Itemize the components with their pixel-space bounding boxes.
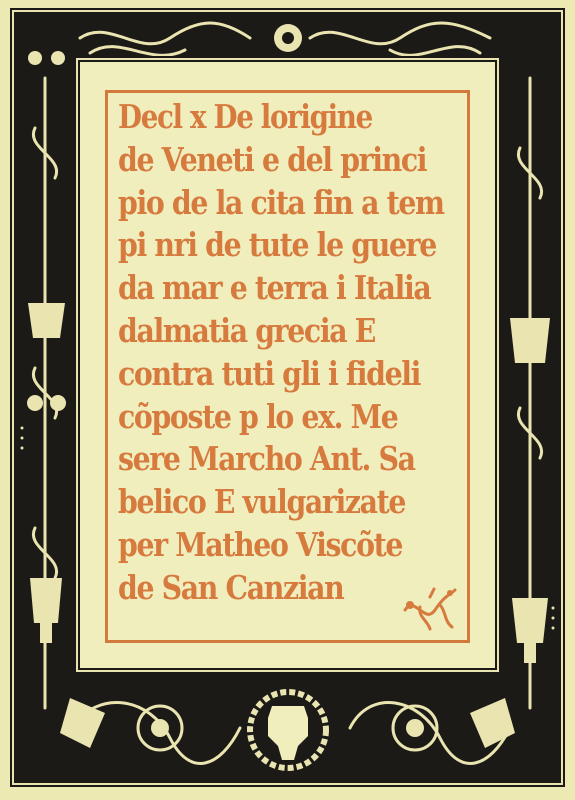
title-text: Decl x De lorigine de Veneti e del princ… (118, 96, 468, 610)
title-line-7: contra tuti gli i fideli (118, 353, 419, 396)
title-line-8: cõposte p lo ex. Me (118, 396, 419, 439)
title-line-12: de San Canzian (118, 567, 419, 610)
title-line-6: dalmatia grecia E (118, 310, 419, 353)
title-page: Decl x De lorigine de Veneti e del princ… (0, 0, 575, 800)
title-line-5: da mar e terra i Italia (118, 267, 419, 310)
vine-flourish-icon (400, 585, 460, 635)
title-line-3: pio de la cita fin a tem (118, 182, 419, 225)
title-line-2: de Veneti e del princi (118, 139, 419, 182)
title-line-9: sere Marcho Ant. Sa (118, 438, 419, 481)
title-line-11: per Matheo Viscõte (118, 524, 419, 567)
title-line-1: Decl x De lorigine (118, 96, 412, 139)
title-line-10: belico E vulgarizate (118, 481, 419, 524)
title-line-4: pi nri de tute le guere (118, 224, 419, 267)
